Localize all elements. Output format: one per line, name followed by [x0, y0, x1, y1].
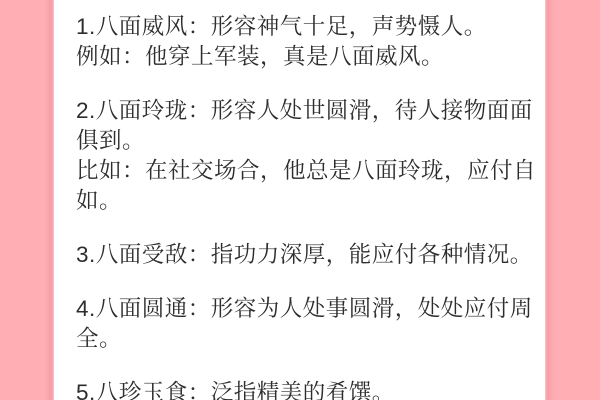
idiom-card: 1.八面威风：形容神气十足，声势慑人。 例如：他穿上军装，真是八面威风。 2.八… — [54, 0, 545, 400]
idiom-entry-5: 5.八珍玉食：泛指精美的肴馔。 — [76, 378, 545, 400]
idiom-definition-line: 俱到。 — [76, 126, 545, 156]
right-pink-background — [545, 0, 600, 400]
idiom-definition-line: 2.八面玲珑：形容人处世圆滑，待人接物面面 — [76, 96, 545, 126]
idiom-entry-1: 1.八面威风：形容神气十足，声势慑人。 例如：他穿上军装，真是八面威风。 — [76, 12, 545, 72]
idiom-definition-line: 3.八面受敌：指功力深厚，能应付各种情况。 — [76, 240, 545, 270]
idiom-definition-line: 全。 — [76, 324, 545, 354]
idiom-definition-line: 1.八面威风：形容神气十足，声势慑人。 — [76, 12, 545, 42]
idiom-entry-4: 4.八面圆通：形容为人处事圆滑，处处应付周 全。 — [76, 294, 545, 354]
idiom-example-line: 例如：他穿上军装，真是八面威风。 — [76, 42, 545, 72]
idiom-entry-2: 2.八面玲珑：形容人处世圆滑，待人接物面面 俱到。 比如：在社交场合，他总是八面… — [76, 96, 545, 216]
left-pink-background — [0, 0, 54, 400]
idiom-example-line: 如。 — [76, 186, 545, 216]
idiom-entry-3: 3.八面受敌：指功力深厚，能应付各种情况。 — [76, 240, 545, 270]
idiom-definition-line: 4.八面圆通：形容为人处事圆滑，处处应付周 — [76, 294, 545, 324]
idiom-card-page: 1.八面威风：形容神气十足，声势慑人。 例如：他穿上军装，真是八面威风。 2.八… — [0, 0, 600, 400]
idiom-definition-line: 5.八珍玉食：泛指精美的肴馔。 — [76, 378, 545, 400]
idiom-example-line: 比如：在社交场合，他总是八面玲珑，应付自 — [76, 156, 545, 186]
